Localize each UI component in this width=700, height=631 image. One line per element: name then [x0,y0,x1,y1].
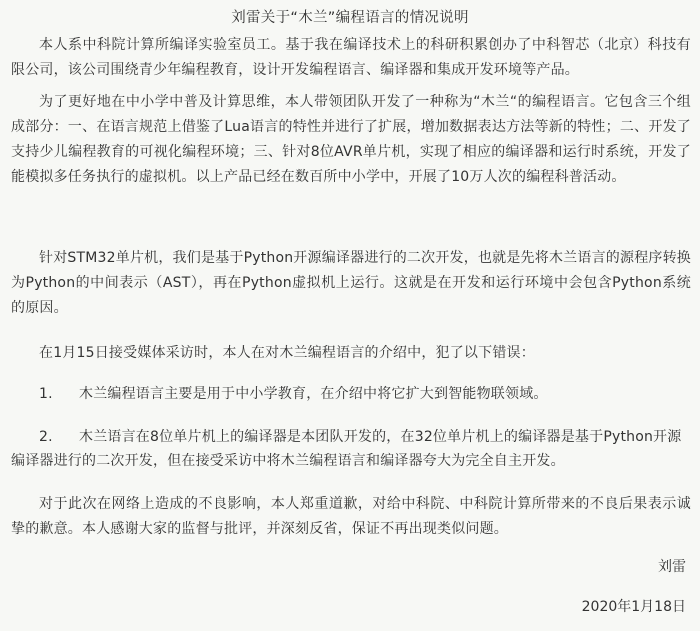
signature-name: 刘雷 [658,556,686,576]
signature-date: 2020年1月18日 [582,596,686,616]
error-item-2: 2.木兰语言在8位单片机上的编译器是本团队开发的，在32位单片机上的编译器是基于… [11,425,691,473]
paragraph-background: 本人系中科院计算所编译实验室员工。基于我在编译技术上的科研积累创办了中科智芯（北… [11,33,691,83]
error-item-number: 2. [39,425,79,449]
paragraph-mulan-overview: 为了更好地在中小学中普及计算思维，本人带领团队开发了一种称为“木兰“的编程语言。… [11,90,691,190]
paragraph-stm32-python: 针对STM32单片机，我们是基于Python开源编译器进行的二次开发，也就是先将… [11,246,691,321]
error-item-text: 木兰编程语言主要是用于中小学教育，在介绍中将它扩大到智能物联领域。 [79,386,548,402]
error-item-number: 1. [39,382,79,406]
paragraph-apology: 对于此次在网络上造成的不良影响，本人郑重道歉，对给中科院、中科院计算所带来的不良… [11,492,691,542]
error-item-1: 1.木兰编程语言主要是用于中小学教育，在介绍中将它扩大到智能物联领域。 [11,382,691,406]
error-item-text: 木兰语言在8位单片机上的编译器是本团队开发的，在32位单片机上的编译器是基于Py… [11,429,681,469]
paragraph-interview-errors-intro: 在1月15日接受媒体采访时，本人在对木兰编程语言的介绍中，犯了以下错误： [11,341,691,366]
statement-document: 刘雷关于“木兰”编程语言的情况说明 本人系中科院计算所编译实验室员工。基于我在编… [0,0,700,631]
document-title: 刘雷关于“木兰”编程语言的情况说明 [0,6,700,27]
